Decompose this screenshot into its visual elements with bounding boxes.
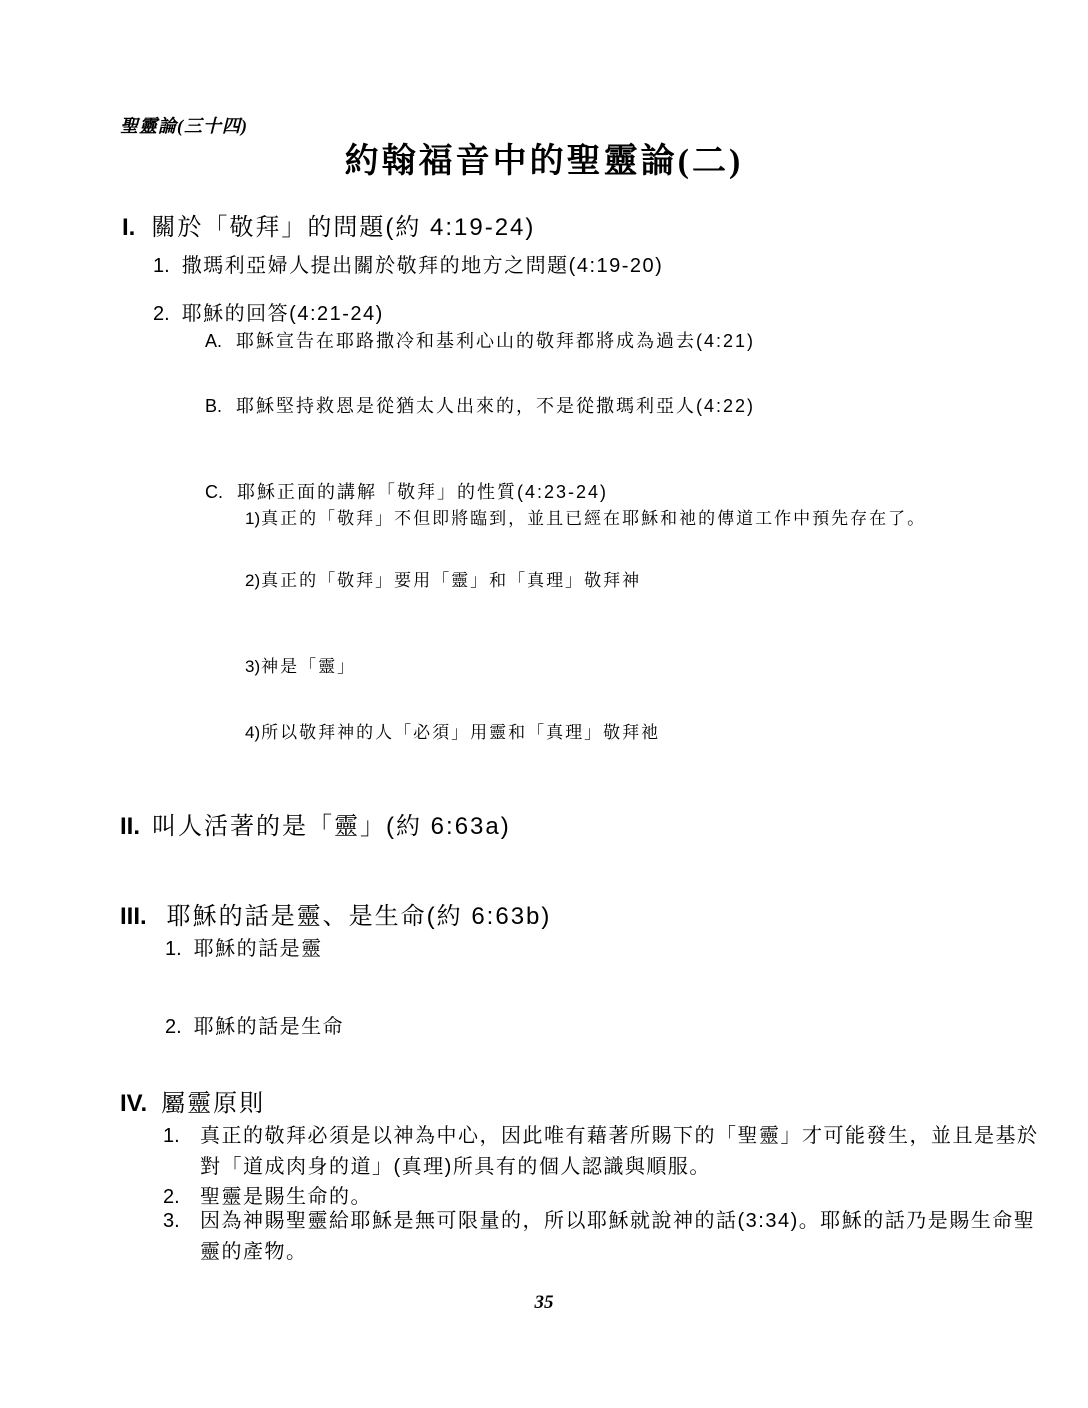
section-4-title: 屬靈原則: [161, 1090, 265, 1117]
section1-point-2: 2)真正的「敬拜」要用「靈」和「真理」敬拜神: [245, 571, 641, 591]
section3-item-1: 1.耶穌的話是靈: [165, 938, 323, 961]
item-number: 2.: [165, 1016, 182, 1039]
item-number: 1.: [165, 938, 182, 961]
section-1-numeral: I.: [122, 214, 135, 242]
point-text: 所以敬拜神的人「必須」用靈和「真理」敬拜祂: [261, 723, 660, 742]
section-2-title: 叫人活著的是「靈」(約 6:63a): [152, 813, 511, 840]
item-letter: B.: [205, 396, 222, 417]
item-text: 因為神賜聖靈給耶穌是無可限量的，所以耶穌就說神的話(3:34)。耶穌的話乃是賜生…: [200, 1206, 1045, 1268]
item-text: 耶穌正面的講解「敬拜」的性質(4:23-24): [237, 482, 608, 502]
item-letter: C.: [205, 482, 223, 503]
document-page: 聖靈論(三十四) 約翰福音中的聖靈論(二) I.關於「敬拜」的問題(約 4:19…: [0, 0, 1088, 1408]
point-number: 3): [245, 657, 260, 677]
point-number: 4): [245, 723, 260, 743]
item-number: 1.: [153, 255, 170, 278]
section-2-heading: II.叫人活著的是「靈」(約 6:63a): [120, 813, 511, 841]
section1-item-2a: A.耶穌宣告在耶路撒冷和基利心山的敬拜都將成為過去(4:21): [205, 331, 755, 352]
section-3-heading: III.耶穌的話是靈、是生命(約 6:63b): [120, 903, 551, 931]
item-text: 耶穌的話是靈: [194, 938, 323, 960]
section3-item-2: 2.耶穌的話是生命: [165, 1016, 344, 1039]
section4-item-1: 1.真正的敬拜必須是以神為中心，因此唯有藉著所賜下的「聖靈」才可能發生，並且是基…: [163, 1121, 1045, 1183]
item-text: 耶穌的回答(4:21-24): [182, 303, 384, 325]
section1-point-3: 3)神是「靈」: [245, 657, 356, 677]
page-number: 35: [0, 1292, 1088, 1314]
section-3-title: 耶穌的話是靈、是生命(約 6:63b): [167, 903, 552, 930]
item-number: 1.: [163, 1121, 200, 1152]
item-text: 真正的敬拜必須是以神為中心，因此唯有藉著所賜下的「聖靈」才可能發生，並且是基於對…: [200, 1121, 1045, 1183]
section1-item-1: 1.撒瑪利亞婦人提出關於敬拜的地方之問題(4:19-20): [153, 255, 663, 278]
section-4-numeral: IV.: [120, 1090, 147, 1118]
section-1-heading: I.關於「敬拜」的問題(約 4:19-24): [122, 214, 535, 242]
item-text: 耶穌的話是生命: [194, 1016, 345, 1038]
point-text: 真正的「敬拜」不但即將臨到，並且已經在耶穌和祂的傳道工作中預先存在了。: [261, 509, 926, 528]
section1-item-2c: C.耶穌正面的講解「敬拜」的性質(4:23-24): [205, 482, 608, 503]
point-number: 1): [245, 509, 260, 529]
section1-item-2b: B.耶穌堅持救恩是從猶太人出來的，不是從撒瑪利亞人(4:22): [205, 396, 755, 417]
page-header-note: 聖靈論(三十四): [120, 116, 248, 137]
item-number: 2.: [153, 303, 170, 326]
point-text: 真正的「敬拜」要用「靈」和「真理」敬拜神: [261, 571, 641, 590]
item-text: 耶穌堅持救恩是從猶太人出來的，不是從撒瑪利亞人(4:22): [236, 396, 755, 416]
section-2-numeral: II.: [120, 813, 140, 841]
section4-item-3: 3.因為神賜聖靈給耶穌是無可限量的，所以耶穌就說神的話(3:34)。耶穌的話乃是…: [163, 1206, 1045, 1268]
item-text: 耶穌宣告在耶路撒冷和基利心山的敬拜都將成為過去(4:21): [236, 331, 755, 351]
item-letter: A.: [205, 331, 222, 352]
section1-item-2: 2.耶穌的回答(4:21-24): [153, 303, 384, 326]
section1-point-1: 1)真正的「敬拜」不但即將臨到，並且已經在耶穌和祂的傳道工作中預先存在了。: [245, 509, 926, 529]
document-title: 約翰福音中的聖靈論(二): [0, 142, 1088, 181]
section-4-heading: IV.屬靈原則: [120, 1090, 265, 1118]
section-1-title: 關於「敬拜」的問題(約 4:19-24): [151, 214, 535, 241]
section-3-numeral: III.: [120, 903, 147, 931]
point-text: 神是「靈」: [261, 657, 356, 676]
section1-point-4: 4)所以敬拜神的人「必須」用靈和「真理」敬拜祂: [245, 723, 660, 743]
item-number: 3.: [163, 1206, 200, 1237]
point-number: 2): [245, 571, 260, 591]
item-text: 撒瑪利亞婦人提出關於敬拜的地方之問題(4:19-20): [182, 255, 664, 277]
